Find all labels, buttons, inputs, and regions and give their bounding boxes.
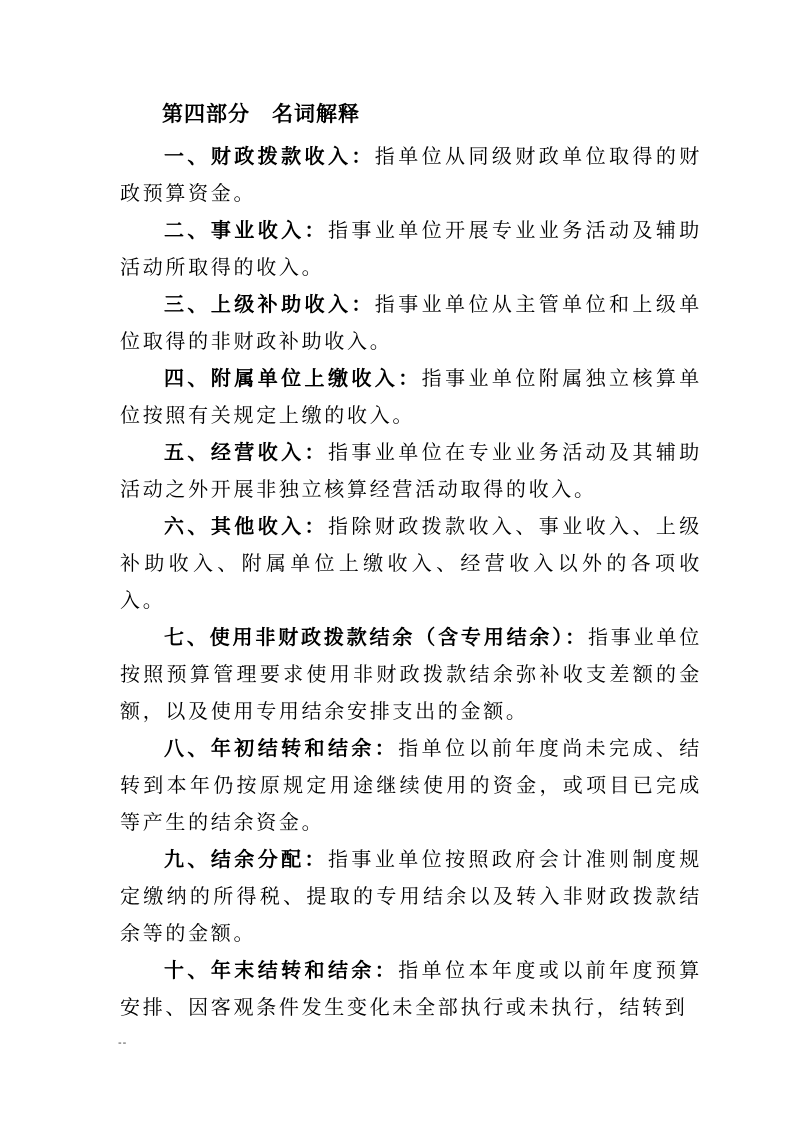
term-paragraph: 二、事业收入：指事业单位开展专业业务活动及辅助活动所取得的收入。 <box>120 213 702 287</box>
term-paragraph: 九、结余分配：指事业单位按照政府会计准则制度规定缴纳的所得税、提取的专用结余以及… <box>120 842 702 953</box>
page-footer-mark: -- <box>118 1036 127 1050</box>
term-paragraph: 五、经营收入：指事业单位在专业业务活动及其辅助活动之外开展非独立核算经营活动取得… <box>120 435 702 509</box>
section-title: 第四部分 名词解释 <box>120 96 702 133</box>
term-label: 三、上级补助收入： <box>164 294 375 316</box>
term-label: 五、经营收入： <box>164 442 328 464</box>
term-paragraph: 七、使用非财政拨款结余（含专用结余）：指事业单位按照预算管理要求使用非财政拨款结… <box>120 620 702 731</box>
term-label: 一、财政拨款收入： <box>164 146 375 168</box>
term-paragraph: 四、附属单位上缴收入：指事业单位附属独立核算单位按照有关规定上缴的收入。 <box>120 361 702 435</box>
term-label: 四、附属单位上缴收入： <box>164 368 422 390</box>
term-label: 六、其他收入： <box>164 516 328 538</box>
term-label: 十、年末结转和结余： <box>164 960 398 982</box>
term-label: 九、结余分配： <box>164 849 328 871</box>
document-content: 第四部分 名词解释 一、财政拨款收入：指单位从同级财政单位取得的财政预算资金。 … <box>120 96 702 1027</box>
term-label: 八、年初结转和结余： <box>164 738 398 760</box>
term-paragraph: 十、年末结转和结余：指单位本年度或以前年度预算安排、因客观条件发生变化未全部执行… <box>120 953 702 1027</box>
terms-list: 一、财政拨款收入：指单位从同级财政单位取得的财政预算资金。 二、事业收入：指事业… <box>120 139 702 1027</box>
document-page: 第四部分 名词解释 一、财政拨款收入：指单位从同级财政单位取得的财政预算资金。 … <box>0 0 794 1122</box>
term-paragraph: 六、其他收入：指除财政拨款收入、事业收入、上级补助收入、附属单位上缴收入、经营收… <box>120 509 702 620</box>
term-label: 七、使用非财政拨款结余（含专用结余）： <box>164 627 588 649</box>
term-label: 二、事业收入： <box>164 220 328 242</box>
term-paragraph: 三、上级补助收入：指事业单位从主管单位和上级单位取得的非财政补助收入。 <box>120 287 702 361</box>
term-paragraph: 一、财政拨款收入：指单位从同级财政单位取得的财政预算资金。 <box>120 139 702 213</box>
term-paragraph: 八、年初结转和结余：指单位以前年度尚未完成、结转到本年仍按原规定用途继续使用的资… <box>120 731 702 842</box>
